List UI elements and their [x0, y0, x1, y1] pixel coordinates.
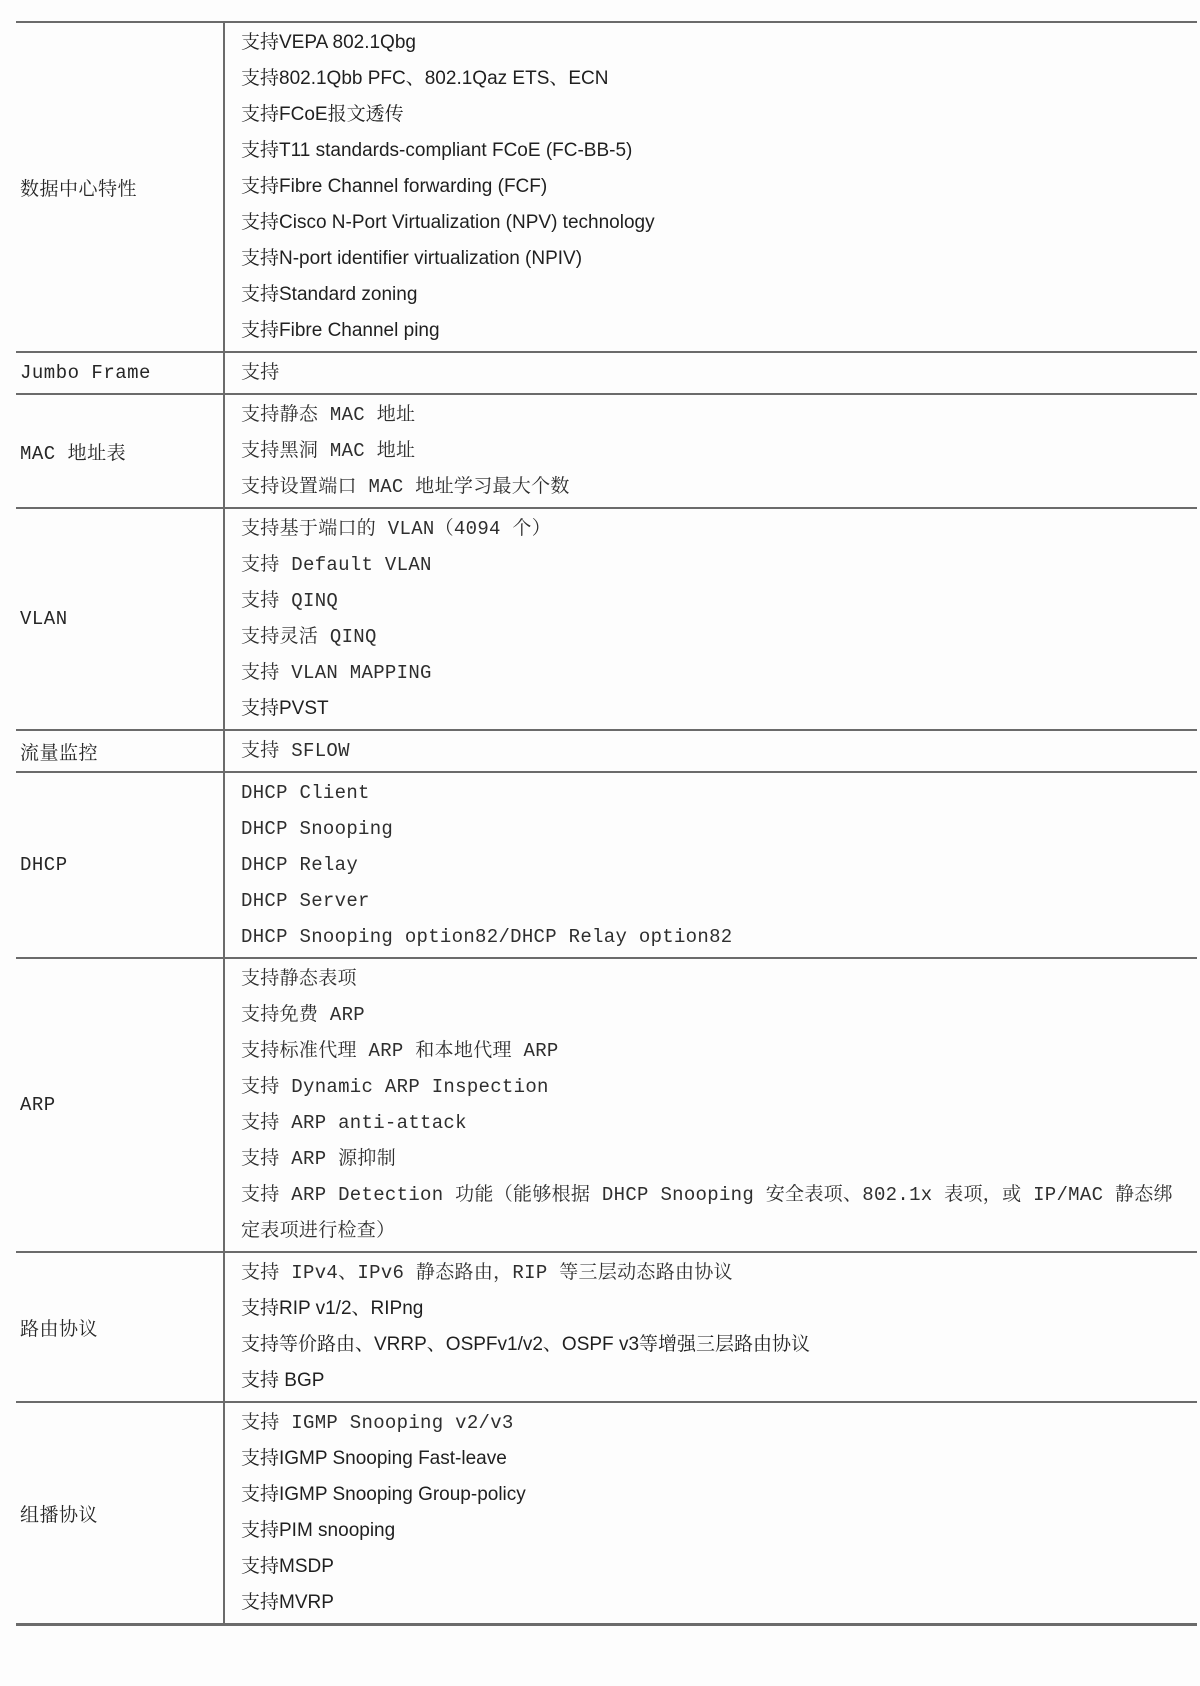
feature-line: 支持免费 ARP	[241, 997, 1187, 1033]
feature-line: 支持Cisco N-Port Virtualization (NPV) tech…	[241, 205, 1187, 241]
category-cell: DHCP	[16, 772, 224, 958]
feature-line: 支持 ARP Detection 功能（能够根据 DHCP Snooping 安…	[241, 1177, 1187, 1249]
features-cell: 支持	[224, 352, 1197, 394]
feature-line: 支持MVRP	[241, 1585, 1187, 1621]
spec-table-body: 数据中心特性支持VEPA 802.1Qbg支持802.1Qbb PFC、802.…	[16, 22, 1197, 1625]
table-row: 流量监控支持 SFLOW	[16, 730, 1197, 772]
feature-line: 支持PIM snooping	[241, 1513, 1187, 1549]
feature-line: 支持 Default VLAN	[241, 547, 1187, 583]
feature-line: 支持静态 MAC 地址	[241, 397, 1187, 433]
feature-line: 支持PVST	[241, 691, 1187, 727]
category-cell: MAC 地址表	[16, 394, 224, 508]
features-cell: 支持 SFLOW	[224, 730, 1197, 772]
table-row: 组播协议支持 IGMP Snooping v2/v3支持IGMP Snoopin…	[16, 1402, 1197, 1625]
feature-line: DHCP Snooping	[241, 811, 1187, 847]
features-cell: DHCP ClientDHCP SnoopingDHCP RelayDHCP S…	[224, 772, 1197, 958]
feature-line: 支持 VLAN MAPPING	[241, 655, 1187, 691]
feature-line: 支持 BGP	[241, 1363, 1187, 1399]
feature-line: 支持 ARP anti-attack	[241, 1105, 1187, 1141]
feature-line: DHCP Server	[241, 883, 1187, 919]
feature-line: 支持FCoE报文透传	[241, 97, 1187, 133]
feature-line: 支持 QINQ	[241, 583, 1187, 619]
feature-line: 支持 Dynamic ARP Inspection	[241, 1069, 1187, 1105]
table-row: 路由协议支持 IPv4、IPv6 静态路由，RIP 等三层动态路由协议支持RIP…	[16, 1252, 1197, 1402]
feature-line: 支持N-port identifier virtualization (NPIV…	[241, 241, 1187, 277]
feature-line: 支持VEPA 802.1Qbg	[241, 25, 1187, 61]
feature-line: 支持	[241, 355, 1187, 391]
features-cell: 支持静态 MAC 地址支持黑洞 MAC 地址支持设置端口 MAC 地址学习最大个…	[224, 394, 1197, 508]
feature-line: 支持标准代理 ARP 和本地代理 ARP	[241, 1033, 1187, 1069]
table-row: 数据中心特性支持VEPA 802.1Qbg支持802.1Qbb PFC、802.…	[16, 22, 1197, 352]
feature-line: 支持IGMP Snooping Group-policy	[241, 1477, 1187, 1513]
feature-line: 支持T11 standards-compliant FCoE (FC-BB-5)	[241, 133, 1187, 169]
features-cell: 支持 IPv4、IPv6 静态路由，RIP 等三层动态路由协议支持RIP v1/…	[224, 1252, 1197, 1402]
category-cell: 路由协议	[16, 1252, 224, 1402]
feature-line: 支持Standard zoning	[241, 277, 1187, 313]
document-page: 数据中心特性支持VEPA 802.1Qbg支持802.1Qbb PFC、802.…	[16, 21, 1197, 1626]
category-cell: 组播协议	[16, 1402, 224, 1625]
feature-line: 支持灵活 QINQ	[241, 619, 1187, 655]
feature-line: 支持设置端口 MAC 地址学习最大个数	[241, 469, 1187, 505]
feature-line: 支持IGMP Snooping Fast-leave	[241, 1441, 1187, 1477]
feature-line: DHCP Relay	[241, 847, 1187, 883]
category-cell: 数据中心特性	[16, 22, 224, 352]
feature-line: 支持Fibre Channel ping	[241, 313, 1187, 349]
feature-line: 支持Fibre Channel forwarding (FCF)	[241, 169, 1187, 205]
category-cell: Jumbo Frame	[16, 352, 224, 394]
category-cell: 流量监控	[16, 730, 224, 772]
feature-line: 支持 IPv4、IPv6 静态路由，RIP 等三层动态路由协议	[241, 1255, 1187, 1291]
feature-line: 支持802.1Qbb PFC、802.1Qaz ETS、ECN	[241, 61, 1187, 97]
feature-line: 支持RIP v1/2、RIPng	[241, 1291, 1187, 1327]
table-row: Jumbo Frame支持	[16, 352, 1197, 394]
feature-line: 支持 ARP 源抑制	[241, 1141, 1187, 1177]
category-cell: ARP	[16, 958, 224, 1252]
feature-line: 支持 SFLOW	[241, 733, 1187, 769]
feature-line: 支持黑洞 MAC 地址	[241, 433, 1187, 469]
table-row: ARP支持静态表项支持免费 ARP支持标准代理 ARP 和本地代理 ARP支持 …	[16, 958, 1197, 1252]
table-row: VLAN支持基于端口的 VLAN（4094 个）支持 Default VLAN支…	[16, 508, 1197, 730]
feature-line: 支持MSDP	[241, 1549, 1187, 1585]
feature-line: DHCP Client	[241, 775, 1187, 811]
feature-line: 支持等价路由、VRRP、OSPFv1/v2、OSPF v3等增强三层路由协议	[241, 1327, 1187, 1363]
feature-line: DHCP Snooping option82/DHCP Relay option…	[241, 919, 1187, 955]
feature-line: 支持静态表项	[241, 961, 1187, 997]
spec-table: 数据中心特性支持VEPA 802.1Qbg支持802.1Qbb PFC、802.…	[16, 21, 1197, 1626]
category-cell: VLAN	[16, 508, 224, 730]
features-cell: 支持基于端口的 VLAN（4094 个）支持 Default VLAN支持 QI…	[224, 508, 1197, 730]
features-cell: 支持静态表项支持免费 ARP支持标准代理 ARP 和本地代理 ARP支持 Dyn…	[224, 958, 1197, 1252]
feature-line: 支持基于端口的 VLAN（4094 个）	[241, 511, 1187, 547]
features-cell: 支持VEPA 802.1Qbg支持802.1Qbb PFC、802.1Qaz E…	[224, 22, 1197, 352]
feature-line: 支持 IGMP Snooping v2/v3	[241, 1405, 1187, 1441]
features-cell: 支持 IGMP Snooping v2/v3支持IGMP Snooping Fa…	[224, 1402, 1197, 1625]
table-row: MAC 地址表支持静态 MAC 地址支持黑洞 MAC 地址支持设置端口 MAC …	[16, 394, 1197, 508]
table-row: DHCPDHCP ClientDHCP SnoopingDHCP RelayDH…	[16, 772, 1197, 958]
